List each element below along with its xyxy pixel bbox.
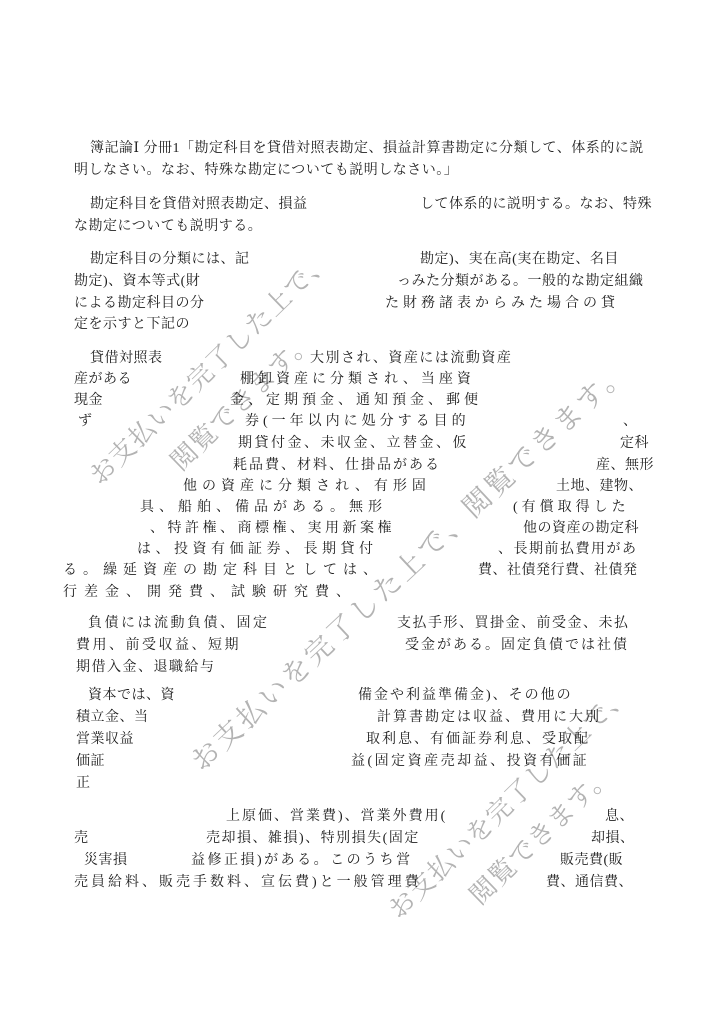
text-fragment: 支払手形、買掛金、前受金、未払 bbox=[397, 616, 630, 632]
text-fragment: 資本では、資 bbox=[88, 688, 175, 704]
text-fragment: 、特許権、商標権、実用新案権 bbox=[150, 521, 395, 537]
text-fragment: 棚卸資産に分類され、当座資 bbox=[240, 372, 475, 388]
text-layer: 簿記論Ⅰ 分冊1「勘定科目を貸借対照表勘定、損益計算書勘定に分類して、体系的に説… bbox=[0, 0, 724, 1024]
text-fragment: 負債には流動負債、固定 bbox=[88, 616, 270, 632]
text-fragment: による勘定科目の分 bbox=[74, 296, 205, 312]
text-fragment: な勘定についても説明する。 bbox=[74, 219, 262, 235]
text-fragment: 費、社債発行費、社債発 bbox=[478, 563, 638, 579]
text-fragment: 受金がある。固定負債では社債 bbox=[405, 638, 629, 654]
document-page: お支払いを完了した上で、閲覧できます。お支払いを完了した上で、閲覧できます。お支… bbox=[0, 0, 724, 1024]
text-fragment: 耗品費、材料、仕掛品がある bbox=[233, 458, 441, 474]
text-fragment: 益(固定資産売却益、投資有価証 bbox=[351, 754, 589, 770]
text-fragment: 費、通信費、 bbox=[546, 875, 633, 891]
text-fragment: 、 bbox=[623, 414, 638, 430]
text-fragment: っみた分類がある。一般的な勘定組織 bbox=[397, 274, 644, 290]
text-fragment: 具、船舶、備品がある。無形 bbox=[140, 500, 387, 516]
text-fragment: 現金 bbox=[74, 393, 103, 409]
text-fragment: 売却損、雑損)、特別損失(固定 bbox=[206, 831, 420, 847]
text-fragment: 勘定科目を貸借対照表勘定、損益 bbox=[90, 197, 308, 213]
text-fragment: 他の資産に分類され、有形固 bbox=[183, 479, 431, 495]
text-fragment: 土地、建物、 bbox=[556, 479, 643, 495]
text-fragment: 他の資産の勘定科 bbox=[523, 521, 639, 537]
text-fragment: 明しなさい。なお、特殊な勘定についても説明しなさい。」 bbox=[74, 163, 458, 179]
text-fragment: 価証 bbox=[76, 754, 105, 770]
text-fragment: 取利息、有価証券利息、受取配 bbox=[366, 732, 590, 748]
text-fragment: 勘定)、資本等式(財 bbox=[74, 274, 200, 290]
text-fragment: 上原価、営業費)、営業外費用( bbox=[226, 809, 447, 825]
text-fragment: 券(一年以内に処分する目的 bbox=[245, 414, 470, 430]
text-fragment: 費用、前受収益、短期 bbox=[76, 638, 241, 654]
text-fragment: 大別され、資産には流動資産 bbox=[310, 351, 512, 367]
text-fragment: 勘定)、実在高(実在勘定、名目 bbox=[420, 252, 619, 268]
text-fragment: 貸借対照表 bbox=[90, 351, 163, 367]
text-fragment: 売員給料、販売手数料、宣伝費)と一般管理費 bbox=[74, 875, 422, 891]
text-fragment: 災害損 bbox=[84, 853, 128, 869]
text-fragment: (有償取得した bbox=[513, 500, 630, 516]
text-fragment: 営業収益 bbox=[76, 732, 134, 748]
text-fragment: 販売費(販 bbox=[560, 853, 623, 869]
text-fragment: 期借入金、退職給与 bbox=[76, 660, 216, 676]
text-fragment: は、投資有価証券、長期貸付 bbox=[137, 542, 378, 558]
text-fragment: る。繰延資産の勘定科目としては、 bbox=[63, 563, 383, 579]
text-fragment: 計算書勘定は収益、費用に大別 bbox=[377, 710, 601, 726]
text-fragment: 備金や利益準備金)、その他の bbox=[358, 688, 573, 704]
text-fragment: 産、無形 bbox=[596, 458, 654, 474]
text-fragment: 、長期前払費用があ bbox=[498, 542, 638, 558]
text-fragment: 行差金、開発費、試験研究費、 bbox=[63, 585, 357, 601]
text-fragment: 期貸付金、未収金、立替金、仮 bbox=[238, 436, 469, 452]
text-fragment: 息、 bbox=[605, 809, 634, 825]
text-fragment: 簿記論Ⅰ 分冊1「勘定科目を貸借対照表勘定、損益計算書勘定に分類して、体系的に説 bbox=[90, 141, 644, 157]
text-fragment: 金、定期預金、通知預金、郵便 bbox=[230, 393, 482, 409]
text-fragment: して体系的に説明する。なお、特殊 bbox=[420, 197, 652, 213]
text-fragment: ず bbox=[78, 414, 93, 430]
text-fragment: た財務諸表からみた場合の貸 bbox=[385, 296, 619, 312]
text-fragment: 正 bbox=[76, 776, 91, 792]
text-fragment: 積立金、当 bbox=[76, 710, 149, 726]
text-fragment: 定を示すと下記の bbox=[74, 317, 190, 333]
text-fragment: 売 bbox=[74, 831, 89, 847]
text-fragment: 定科 bbox=[620, 436, 649, 452]
text-fragment: 却損、 bbox=[591, 831, 635, 847]
text-fragment: 益修正損)がある。このうち営 bbox=[191, 853, 413, 869]
text-fragment: 産がある bbox=[74, 372, 132, 388]
text-fragment: 勘定科目の分類には、記 bbox=[90, 252, 250, 268]
